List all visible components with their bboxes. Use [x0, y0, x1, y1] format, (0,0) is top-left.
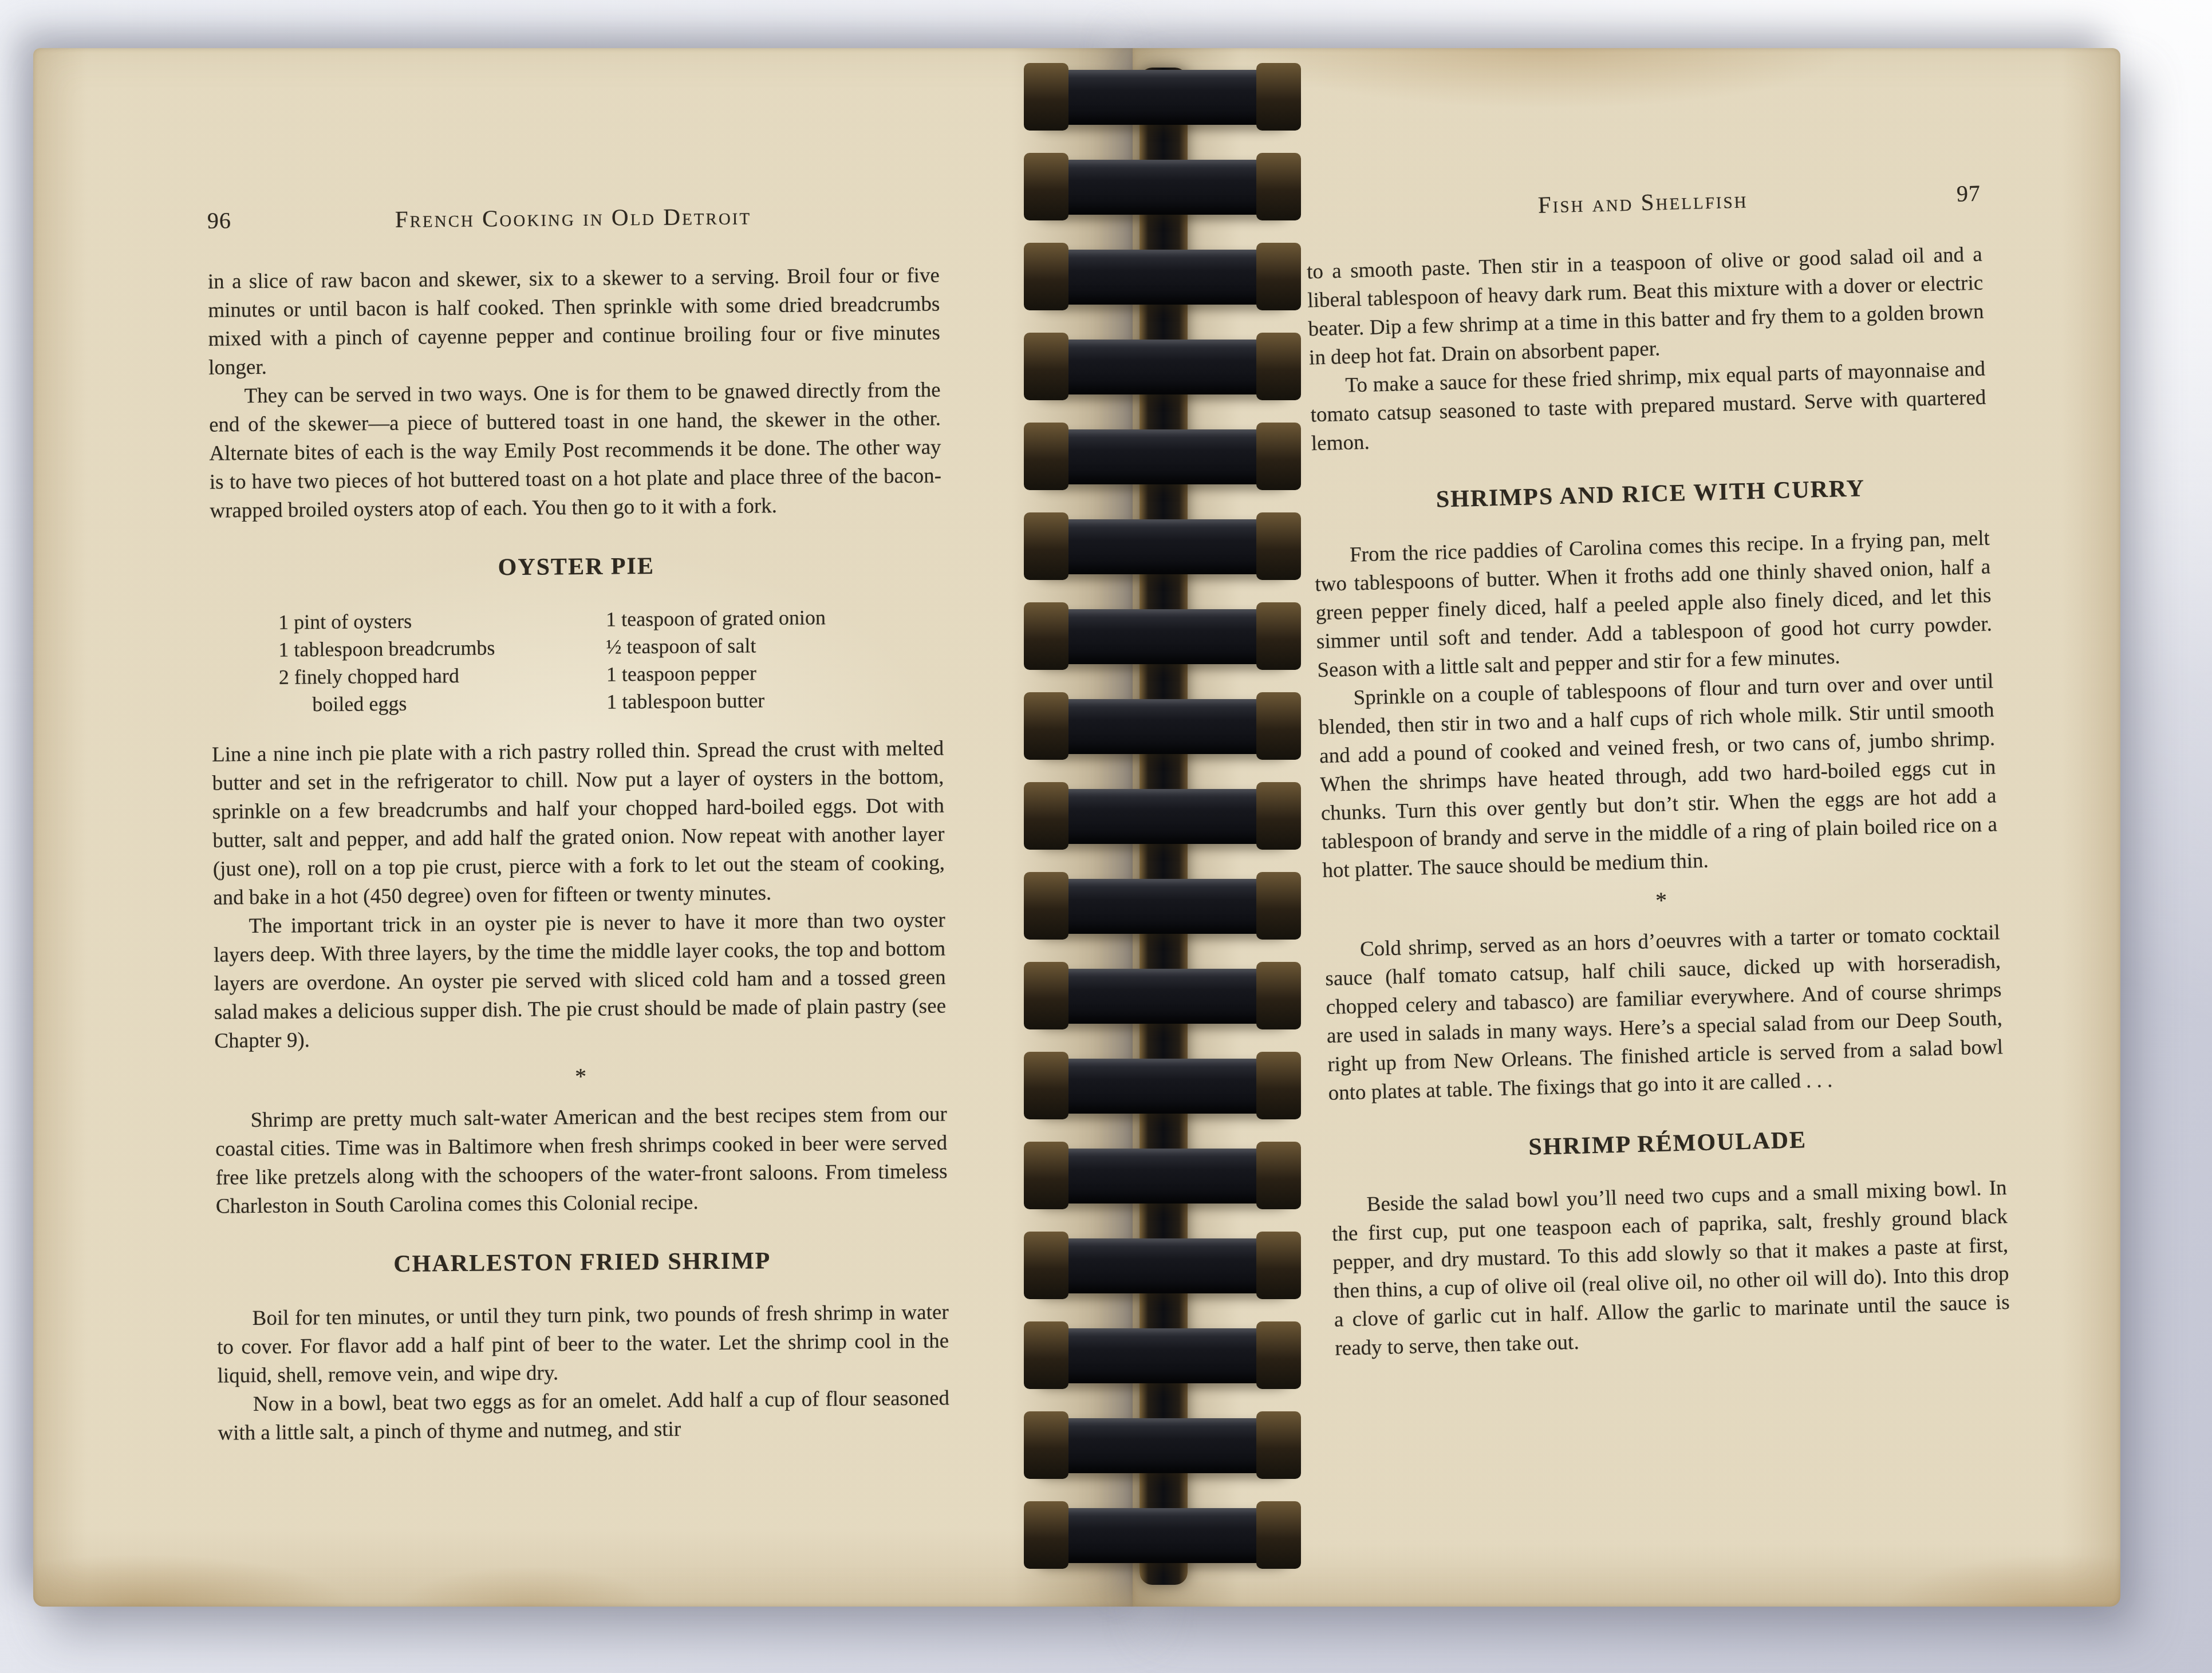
paragraph: Now in a bowl, beat two eggs as for an o… [218, 1384, 950, 1447]
ingredient: 1 tablespoon breadcrumbs [278, 633, 606, 664]
paragraph: The important trick in an oyster pie is … [214, 906, 947, 1055]
paragraph: Line a nine inch pie plate with a rich p… [212, 735, 945, 913]
binding-ring [1032, 160, 1293, 215]
paragraph: Boil for ten minutes, or until they turn… [216, 1298, 949, 1390]
binding-ring [1032, 879, 1293, 934]
asterisk-separator: * [1323, 878, 2000, 922]
ingredients-column-1: 1 pint of oysters 1 tablespoon breadcrum… [278, 606, 607, 719]
page-number: 97 [1956, 180, 1981, 207]
paragraph: They can be served in two ways. One is f… [208, 376, 941, 526]
binding-ring [1032, 1149, 1293, 1204]
binding-ring [1032, 519, 1293, 574]
paragraph: To make a sauce for these fried shrimp, … [1310, 355, 1988, 459]
ingredients-column-2: 1 teaspoon of grated onion ½ teaspoon of… [606, 603, 944, 716]
binding-ring [1032, 1508, 1293, 1563]
binding-ring [1032, 1059, 1293, 1114]
recipe-title-shrimp-remoulade: SHRIMP RÉMOULADE [1330, 1121, 2006, 1166]
binding-ring [1032, 340, 1293, 394]
binding-ring [1032, 1328, 1293, 1383]
paragraph: in a slice of raw bacon and skewer, six … [208, 262, 941, 382]
page-right-header: Fish and Shellfish 97 [1305, 180, 1981, 233]
ingredient: 1 tablespoon butter [606, 685, 943, 716]
running-header: Fish and Shellfish [1305, 180, 1981, 225]
binding-ring [1032, 1238, 1293, 1293]
paragraph: to a smooth paste. Then stir in a teaspo… [1306, 240, 1985, 373]
page-left-content: 96 French Cooking in Old Detroit in a sl… [27, 44, 1138, 1450]
binding-ring [1032, 70, 1293, 125]
running-header: French Cooking in Old Detroit [207, 201, 939, 235]
ingredient: ½ teaspoon of salt [606, 630, 943, 661]
recipe-title-oyster-pie: OYSTER PIE [210, 550, 942, 584]
paragraph: Beside the salad bowl you’ll need two cu… [1331, 1174, 2010, 1363]
binding-ring [1032, 609, 1293, 664]
comb-binding [1028, 53, 1296, 1602]
ingredient-continuation: boiled eggs [279, 688, 606, 719]
asterisk-separator: * [215, 1059, 947, 1092]
recipe-title-shrimps-and-rice-with-curry: SHRIMPS AND RICE WITH CURRY [1312, 471, 1989, 516]
ingredient: 1 pint of oysters [278, 606, 606, 636]
paragraph: Shrimp are pretty much salt-water Americ… [215, 1100, 948, 1221]
ingredients-list: 1 pint of oysters 1 tablespoon breadcrum… [278, 603, 944, 719]
ingredient: 2 finely chopped hard [279, 661, 606, 691]
binding-ring [1032, 969, 1293, 1024]
binding-ring [1032, 1418, 1293, 1473]
ingredient: 1 teaspoon pepper [606, 658, 943, 688]
page-number: 96 [207, 207, 231, 234]
paragraph: From the rice paddies of Carolina comes … [1314, 524, 1993, 685]
binding-ring [1032, 429, 1293, 484]
paragraph: Sprinkle on a couple of tablespoons of f… [1318, 667, 1998, 885]
paragraph: Cold shrimp, served as an hors d’oeuvres… [1324, 918, 2004, 1108]
desk-surface: 96 French Cooking in Old Detroit in a sl… [0, 0, 2212, 1673]
binding-ring [1032, 699, 1293, 754]
open-cookbook: 96 French Cooking in Old Detroit in a sl… [33, 48, 2120, 1607]
binding-ring [1032, 789, 1293, 844]
binding-ring [1032, 250, 1293, 305]
page-left-header: 96 French Cooking in Old Detroit [207, 201, 939, 243]
recipe-title-charleston-fried-shrimp: CHARLESTON FRIED SHRIMP [216, 1245, 948, 1279]
ingredient: 1 teaspoon of grated onion [606, 603, 943, 633]
page-left: 96 French Cooking in Old Detroit in a sl… [33, 48, 1133, 1607]
